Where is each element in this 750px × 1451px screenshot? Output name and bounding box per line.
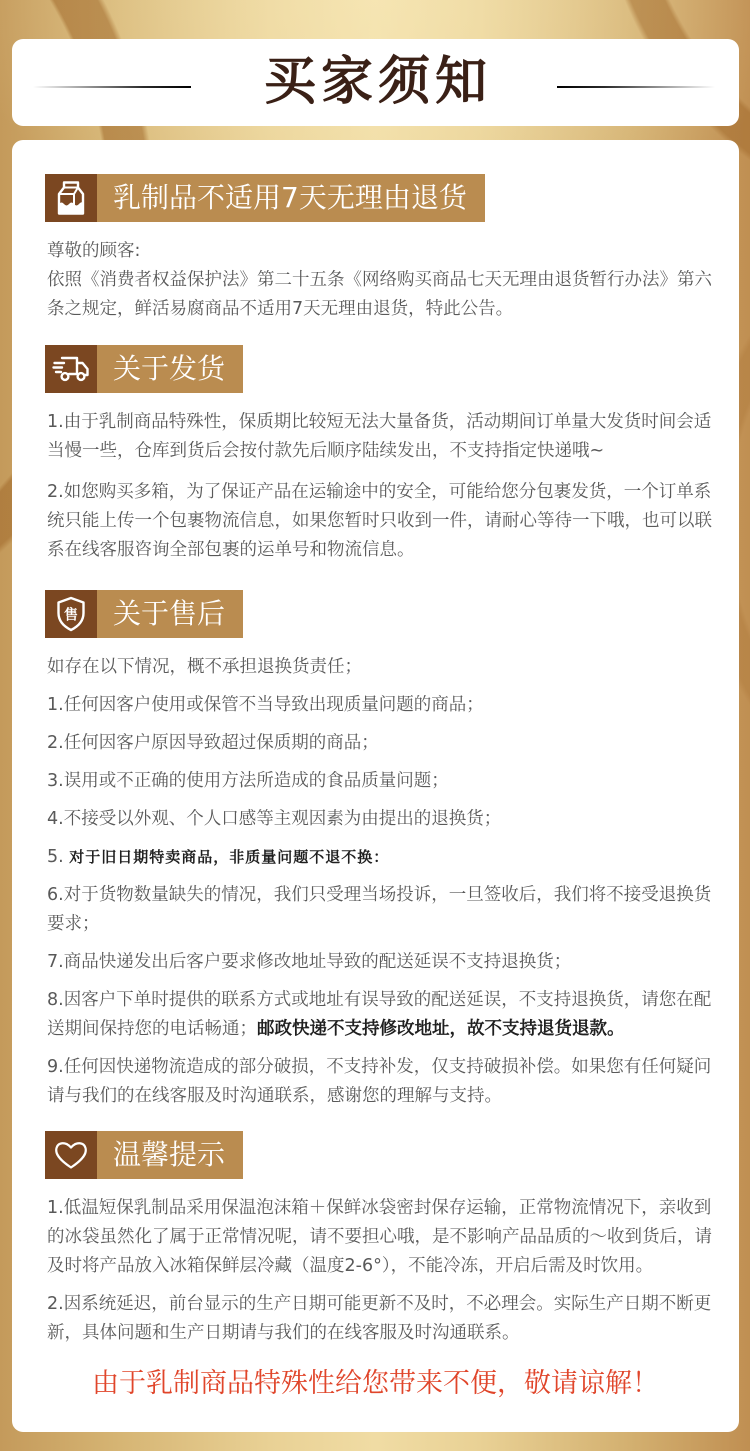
after-sales-shield-icon: 售 [45, 590, 97, 638]
section-warm-tips: 温馨提示 1.低温短保乳制品采用保温泡沫箱＋保鲜冰袋密封保存运输，正常物流情况下… [45, 1131, 723, 1348]
text-line: 请与我们的在线客服及时沟通联系，感谢您的理解与支持。 [47, 1082, 723, 1111]
heart-icon [45, 1131, 97, 1179]
list-item: 8.因客户下单时提供的联系方式或地址有误导致的配送延误，不支持退换货，请您在配 … [47, 986, 723, 1044]
text-line: 4.不接受以外观、个人口感等主观因素为由提出的退换货； [47, 805, 723, 834]
text-line: 新，具体问题和生产日期请与我们的在线客服及时沟通联系。 [47, 1319, 723, 1348]
text-line: 统只能上传一个包裹物流信息，如果您暂时只收到一件，请耐心等待一下哦，也可以联 [47, 507, 723, 536]
section-heading: 乳制品不适用7天无理由退货 [97, 174, 485, 222]
text-line: 8.因客户下单时提供的联系方式或地址有误导致的配送延误，不支持退换货，请您在配 [47, 986, 723, 1015]
shield-icon-graphic: 售 [56, 596, 86, 632]
delivery-truck-icon [45, 345, 97, 393]
text-line: 2.任何因客户原因导致超过保质期的商品； [47, 729, 723, 758]
title-divider-right [557, 86, 715, 88]
section-header: 乳制品不适用7天无理由退货 [45, 174, 485, 222]
text-line: 的冰袋虽然化了属于正常情况呢，请不要担心哦，是不影响产品品质的～收到货后，请 [47, 1223, 723, 1252]
section-return-policy: 乳制品不适用7天无理由退货 尊敬的顾客: 依照《消费者权益保护法》第二十五条《网… [45, 174, 723, 324]
paragraph: 2.如您购买多箱，为了保证产品在运输途中的安全，可能给您分包裹发货，一个订单系 … [47, 478, 723, 565]
emphasis-text: 邮政快递不支持修改地址，故不支持退货退款。 [257, 1019, 625, 1039]
paragraph: 2.因系统延迟，前台显示的生产日期可能更新不及时，不必理会。实际生产日期不断更 … [47, 1290, 723, 1348]
normal-text: 送期间保持您的电话畅通； [47, 1019, 257, 1039]
item-number: 5. [47, 847, 69, 867]
text-line: 3.误用或不正确的使用方法所造成的食品质量问题； [47, 767, 723, 796]
page-title: 买家须知 [12, 39, 739, 126]
text-line: 系在线客服咨询全部包裹的运单号和物流信息。 [47, 536, 723, 565]
section-shipping: 关于发货 1.由于乳制商品特殊性，保质期比较短无法大量备货，活动期间订单量大发货… [45, 345, 723, 565]
paragraph: 1.低温短保乳制品采用保温泡沫箱＋保鲜冰袋密封保存运输，正常物流情况下，亲收到 … [47, 1194, 723, 1281]
text-line: 如存在以下情况，概不承担退换货责任； [47, 653, 723, 682]
section-body: 1.由于乳制商品特殊性，保质期比较短无法大量备货，活动期间订单量大发货时间会适 … [45, 408, 723, 565]
paragraph: 尊敬的顾客: 依照《消费者权益保护法》第二十五条《网络购买商品七天无理由退货暂行… [47, 237, 723, 324]
list-item: 3.误用或不正确的使用方法所造成的食品质量问题； [47, 767, 723, 796]
text-line: 条之规定，鲜活易腐商品不适用7天无理由退货，特此公告。 [47, 295, 723, 324]
paragraph: 1.由于乳制商品特殊性，保质期比较短无法大量备货，活动期间订单量大发货时间会适 … [47, 408, 723, 466]
list-item: 1.任何因客户使用或保管不当导致出现质量问题的商品； [47, 691, 723, 720]
text-line: 2.因系统延迟，前台显示的生产日期可能更新不及时，不必理会。实际生产日期不断更 [47, 1290, 723, 1319]
heart-icon-graphic [53, 1139, 89, 1171]
text-line: 送期间保持您的电话畅通；邮政快递不支持修改地址，故不支持退货退款。 [47, 1015, 723, 1044]
text-line: 5. 对于旧日期特卖商品，非质量问题不退不换： [47, 843, 723, 872]
list-item: 9.任何因快递物流造成的部分破损，不支持补发，仅支持破损补偿。如果您有任何疑问 … [47, 1053, 723, 1111]
text-line: 当慢一些，仓库到货后会按付款先后顺序陆续发出，不支持指定快递哦~ [47, 437, 723, 466]
section-heading: 关于发货 [97, 345, 243, 393]
section-after-sales: 售 关于售后 如存在以下情况，概不承担退换货责任； 1.任何因客户使用或保管不当… [45, 590, 723, 1111]
list-item: 5. 对于旧日期特卖商品，非质量问题不退不换： [47, 843, 723, 872]
text-line: 1.低温短保乳制品采用保温泡沫箱＋保鲜冰袋密封保存运输，正常物流情况下，亲收到 [47, 1194, 723, 1223]
text-line: 7.商品快递发出后客户要求修改地址导致的配送延误不支持退换货； [47, 948, 723, 977]
text-line: 及时将产品放入冰箱保鲜层冷藏（温度2-6°），不能冷冻，开启后需及时饮用。 [47, 1252, 723, 1281]
text-line: 1.由于乳制商品特殊性，保质期比较短无法大量备货，活动期间订单量大发货时间会适 [47, 408, 723, 437]
list-item: 2.任何因客户原因导致超过保质期的商品； [47, 729, 723, 758]
text-line: 6.对于货物数量缺失的情况，我们只受理当场投诉，一旦签收后，我们将不接受退换货 [47, 881, 723, 910]
text-line: 尊敬的顾客: [47, 237, 723, 266]
section-body: 1.低温短保乳制品采用保温泡沫箱＋保鲜冰袋密封保存运输，正常物流情况下，亲收到 … [45, 1194, 723, 1348]
section-header: 关于发货 [45, 345, 243, 393]
delivery-truck-icon-graphic [52, 354, 90, 384]
section-body: 尊敬的顾客: 依照《消费者权益保护法》第二十五条《网络购买商品七天无理由退货暂行… [45, 237, 723, 324]
title-card: 买家须知 [12, 39, 739, 126]
text-line: 要求； [47, 910, 723, 939]
text-line: 1.任何因客户使用或保管不当导致出现质量问题的商品； [47, 691, 723, 720]
milk-carton-icon-graphic [56, 180, 86, 216]
list-item: 7.商品快递发出后客户要求修改地址导致的配送延误不支持退换货； [47, 948, 723, 977]
content-card: 乳制品不适用7天无理由退货 尊敬的顾客: 依照《消费者权益保护法》第二十五条《网… [12, 140, 739, 1432]
closing-apology-text: 由于乳制商品特殊性给您带来不便，敬请谅解！ [12, 1366, 739, 1402]
milk-carton-icon [45, 174, 97, 222]
list-item: 4.不接受以外观、个人口感等主观因素为由提出的退换货； [47, 805, 723, 834]
section-heading: 温馨提示 [97, 1131, 243, 1179]
emphasis-text: 对于旧日期特卖商品，非质量问题不退不换： [69, 848, 389, 866]
text-line: 9.任何因快递物流造成的部分破损，不支持补发，仅支持破损补偿。如果您有任何疑问 [47, 1053, 723, 1082]
shield-glyph: 售 [64, 607, 78, 624]
text-line: 依照《消费者权益保护法》第二十五条《网络购买商品七天无理由退货暂行办法》第六 [47, 266, 723, 295]
section-heading: 关于售后 [97, 590, 243, 638]
paragraph-intro: 如存在以下情况，概不承担退换货责任； [47, 653, 723, 682]
section-header: 售 关于售后 [45, 590, 243, 638]
section-body: 如存在以下情况，概不承担退换货责任； 1.任何因客户使用或保管不当导致出现质量问… [45, 653, 723, 1111]
text-line: 2.如您购买多箱，为了保证产品在运输途中的安全，可能给您分包裹发货，一个订单系 [47, 478, 723, 507]
section-header: 温馨提示 [45, 1131, 243, 1179]
list-item: 6.对于货物数量缺失的情况，我们只受理当场投诉，一旦签收后，我们将不接受退换货 … [47, 881, 723, 939]
